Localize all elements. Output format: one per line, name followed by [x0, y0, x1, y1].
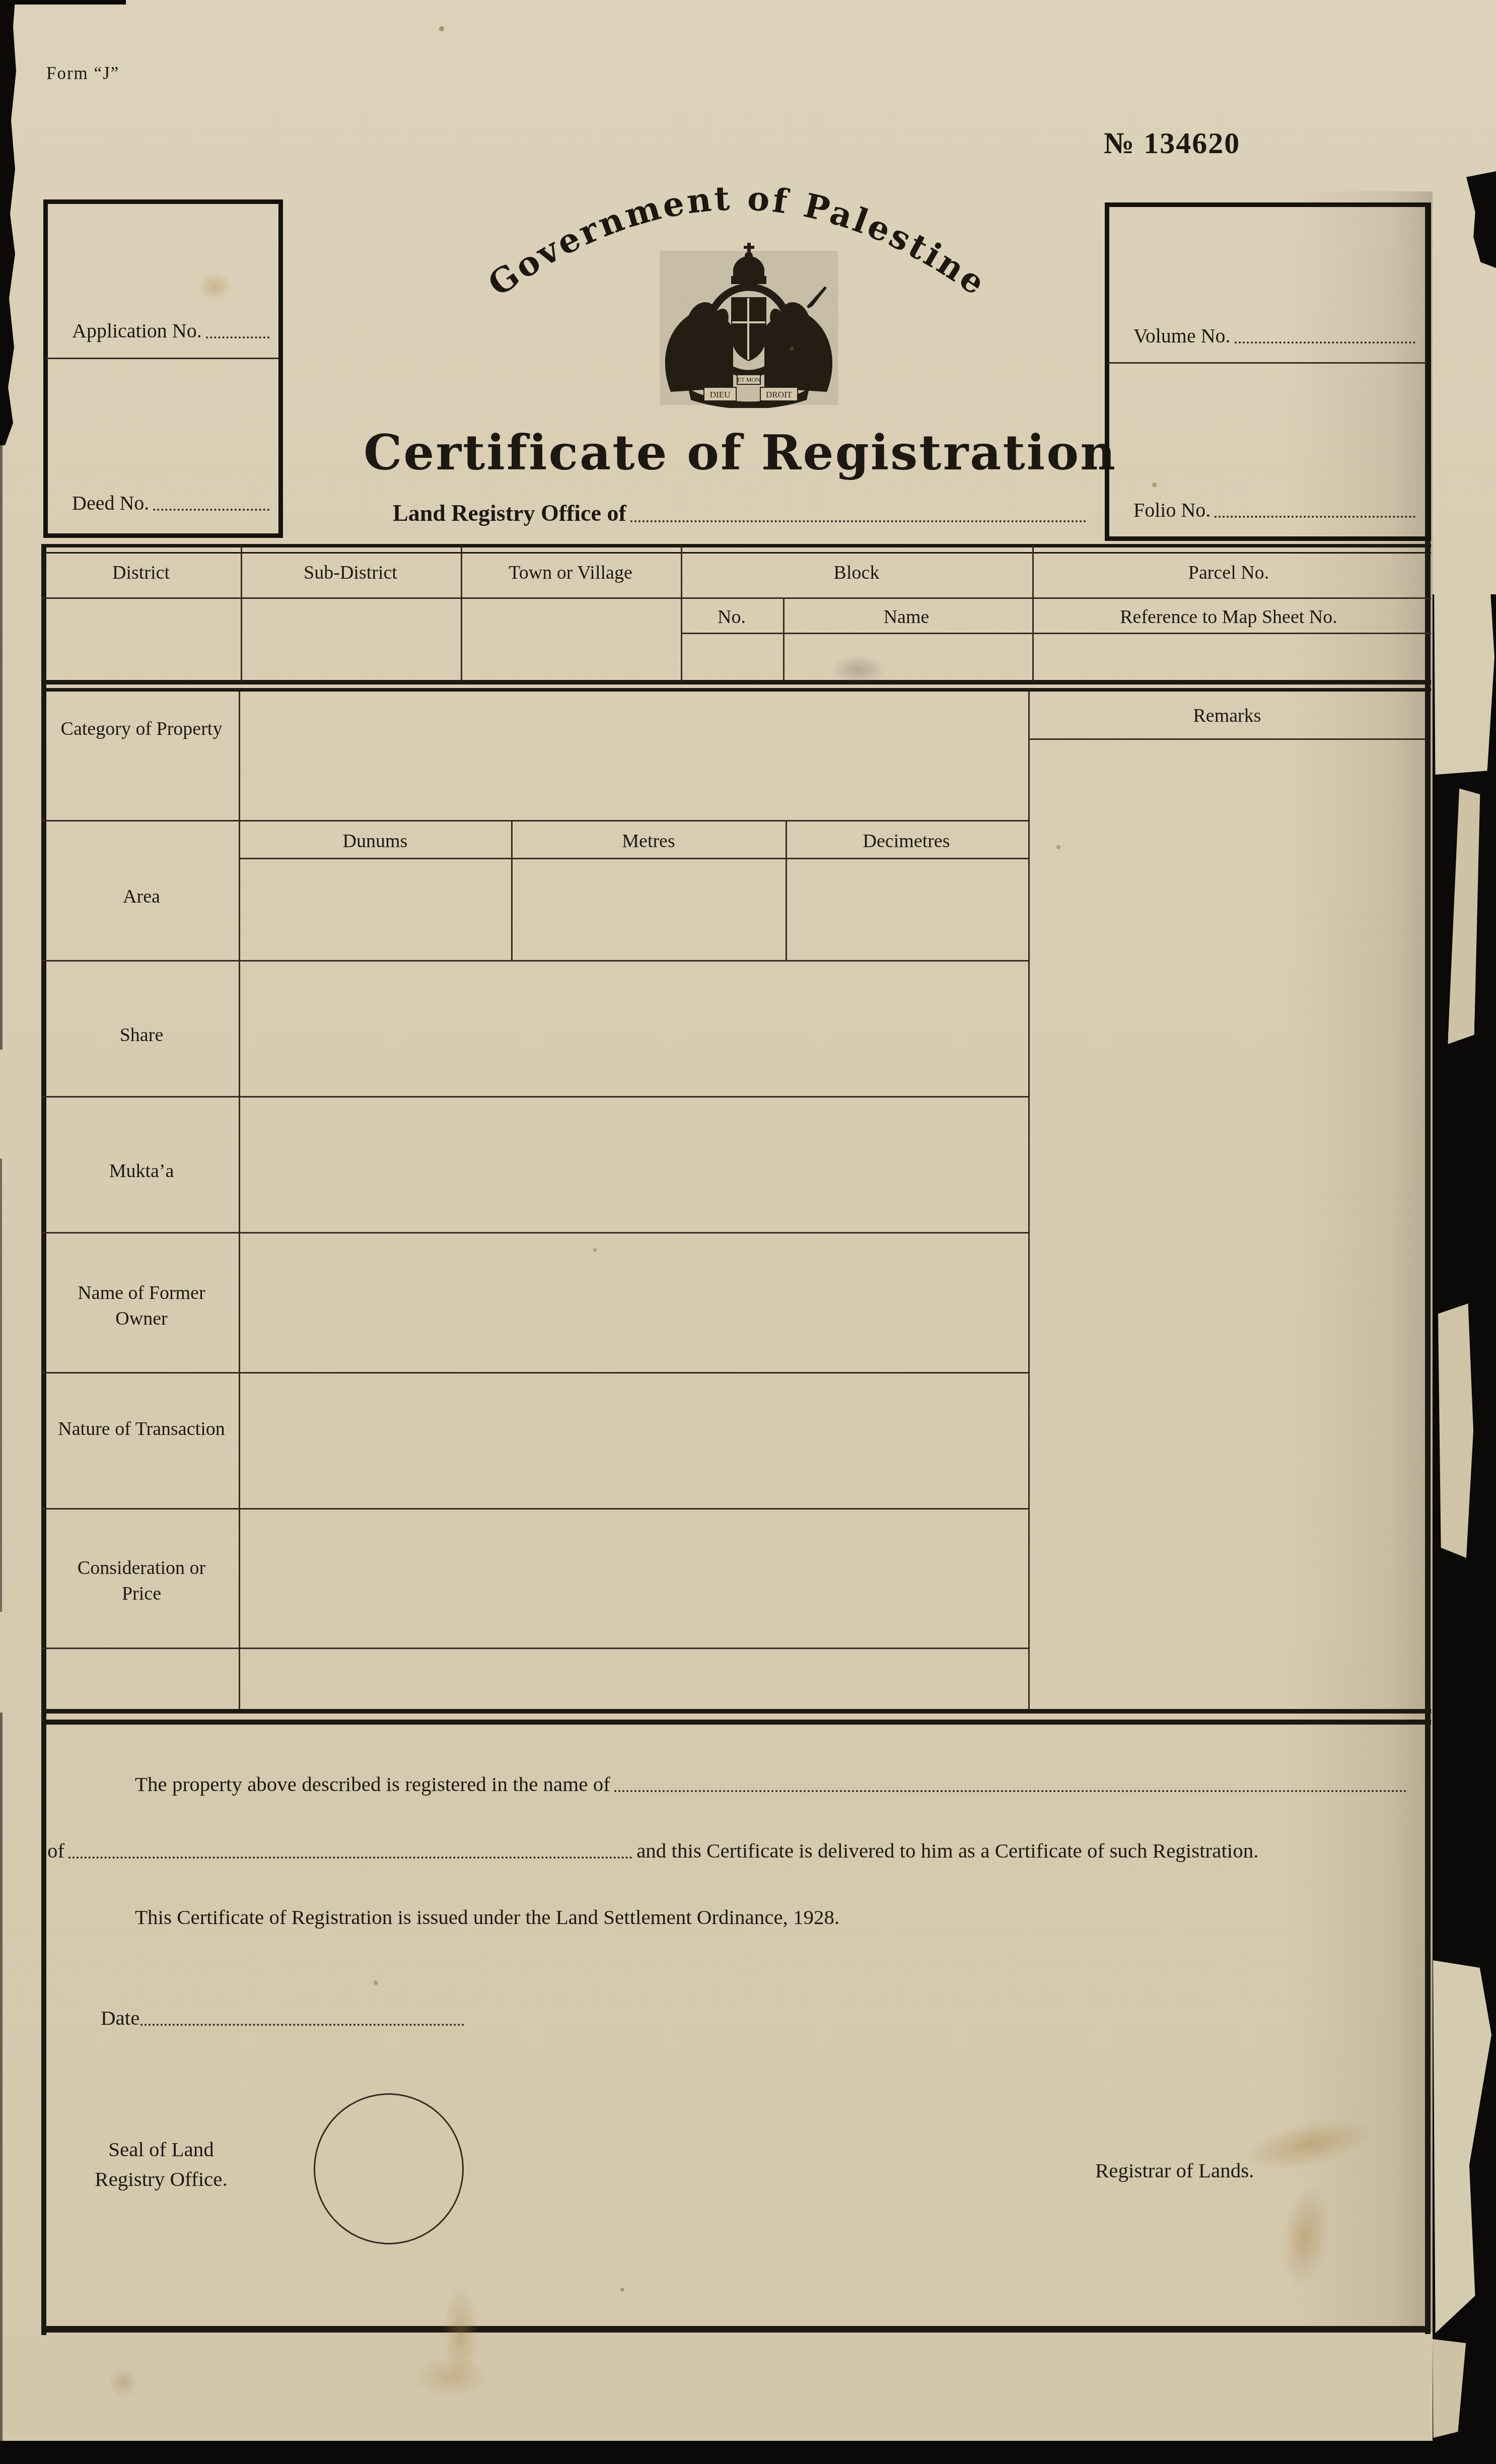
- office-line: Land Registry Office of: [393, 500, 1090, 526]
- serial-value: 134620: [1144, 126, 1240, 160]
- registrar-label: Registrar of Lands.: [1095, 2158, 1254, 2182]
- declaration-line-2-text: and this Certificate is delivered to him…: [636, 1838, 1258, 1863]
- table-rule: [41, 1096, 1028, 1098]
- table-rule: [1032, 545, 1034, 681]
- table-rule: [681, 545, 682, 681]
- area-unit-metres: Metres: [560, 829, 737, 854]
- seal-caption-line-1: Seal of Land: [60, 2135, 262, 2164]
- motto-right: DROIT: [766, 390, 793, 399]
- frame-left-border: [41, 544, 46, 2335]
- table-rule: [41, 544, 1431, 547]
- table-rule: [1028, 738, 1426, 740]
- table-rule: [461, 545, 462, 681]
- scan-edge-left-nick: [0, 1158, 2, 1612]
- table-rule: [511, 820, 513, 960]
- declaration-line-2: of and this Certificate is delivered to …: [47, 1838, 1422, 1863]
- table-rule: [41, 688, 1431, 692]
- row-label-share: Share: [56, 1022, 227, 1048]
- table-rule: [41, 1648, 1028, 1649]
- area-unit-decimetres: Decimetres: [818, 829, 994, 854]
- col-header-parcel-no: Parcel No.: [1153, 560, 1304, 586]
- col-header-district: District: [65, 560, 217, 586]
- declaration-line-1: The property above described is register…: [135, 1772, 1411, 1796]
- table-rule: [41, 1720, 1431, 1725]
- row-label-category: Category of Property: [56, 716, 227, 742]
- folio-no-label: Folio No.: [1133, 498, 1210, 522]
- col-header-town-or-village: Town or Village: [495, 560, 646, 586]
- folio-row: Folio No.: [1133, 498, 1419, 522]
- table-rule: [239, 692, 240, 1711]
- form-code-label: Form “J”: [46, 63, 119, 84]
- row-label-consideration: Consideration or Price: [56, 1555, 227, 1607]
- table-rule: [1028, 692, 1030, 1711]
- declaration-line-1-dots: [614, 1790, 1407, 1792]
- table-rule: [41, 597, 1431, 599]
- table-rule: [239, 858, 1029, 859]
- motto-left: DIEU: [710, 390, 731, 399]
- table-rule: [41, 1372, 1028, 1374]
- office-label: Land Registry Office of: [393, 500, 626, 526]
- box-divider: [46, 358, 278, 359]
- volume-no-line: [1235, 341, 1415, 344]
- scan-edge-left-nick: [0, 445, 3, 1050]
- royal-coat-of-arms-icon: ET MON DIEU DROIT: [640, 241, 857, 408]
- col-header-block-no: No.: [694, 604, 769, 630]
- underlying-sheet: [0, 2333, 1433, 2441]
- frame-bottom-border: [41, 2326, 1431, 2333]
- row-label-area: Area: [56, 884, 227, 910]
- declaration-line-1-text: The property above described is register…: [135, 1772, 610, 1796]
- date-label: Date: [101, 2006, 139, 2030]
- declaration-line-2-dots: [68, 1857, 632, 1859]
- application-deed-box: Application No. Deed No.: [43, 199, 283, 538]
- date-dots: [140, 2024, 464, 2026]
- col-header-map-reference: Reference to Map Sheet No.: [1052, 604, 1405, 630]
- certificate-title: Certificate of Registration: [327, 424, 1153, 481]
- table-rule: [41, 820, 1028, 822]
- table-rule: [41, 1508, 1028, 1510]
- table-rule: [41, 1709, 1431, 1714]
- volume-folio-box: Volume No. Folio No.: [1105, 202, 1431, 541]
- table-rule: [783, 598, 785, 681]
- table-rule: [786, 820, 787, 960]
- motto-mid: ET MON: [737, 376, 760, 383]
- seal-caption-line-2: Registry Office.: [60, 2164, 262, 2194]
- torn-paper-fragment: [1434, 579, 1494, 775]
- scan-edge-top-sliver: [0, 0, 126, 5]
- table-rule: [41, 552, 1431, 554]
- deed-row: Deed No.: [72, 491, 273, 515]
- declaration-line-2-prefix: of: [47, 1838, 64, 1863]
- application-row: Application No.: [72, 319, 273, 343]
- scanned-certificate-document: Form “J” № 134620 Government of Palestin…: [0, 0, 1496, 2464]
- remarks-header: Remarks: [1139, 703, 1315, 729]
- application-no-label: Application No.: [72, 319, 202, 343]
- application-no-line: [206, 336, 269, 338]
- torn-paper-fragment: [1438, 1304, 1473, 1558]
- table-rule: [681, 633, 1431, 634]
- date-row: Date: [101, 2006, 468, 2030]
- scan-edge-left-nick: [0, 1713, 3, 2441]
- folio-no-line: [1215, 516, 1415, 518]
- row-label-muktaa: Mukta’a: [56, 1158, 227, 1184]
- table-rule: [41, 680, 1431, 685]
- volume-no-label: Volume No.: [1133, 324, 1231, 348]
- row-label-former-owner: Name of Former Owner: [56, 1280, 227, 1332]
- volume-row: Volume No.: [1133, 324, 1419, 348]
- table-rule: [41, 960, 1028, 962]
- serial-number: № 134620: [1104, 126, 1240, 161]
- scan-background-bottom: [0, 2441, 1496, 2464]
- col-header-block-name: Name: [831, 604, 982, 630]
- row-label-transaction: Nature of Transaction: [56, 1416, 227, 1442]
- box-divider: [1107, 362, 1427, 364]
- table-rule: [241, 545, 242, 681]
- col-header-block: Block: [781, 560, 932, 586]
- office-dotted-line: [630, 520, 1086, 522]
- deed-no-label: Deed No.: [72, 491, 149, 515]
- declaration-line-3: This Certificate of Registration is issu…: [135, 1905, 839, 1929]
- table-rule: [41, 1232, 1028, 1234]
- serial-prefix: №: [1104, 126, 1135, 160]
- col-header-sub-district: Sub-District: [275, 560, 426, 586]
- area-unit-dunums: Dunums: [287, 829, 463, 854]
- deed-no-line: [153, 509, 269, 511]
- seal-caption: Seal of Land Registry Office.: [60, 2135, 262, 2195]
